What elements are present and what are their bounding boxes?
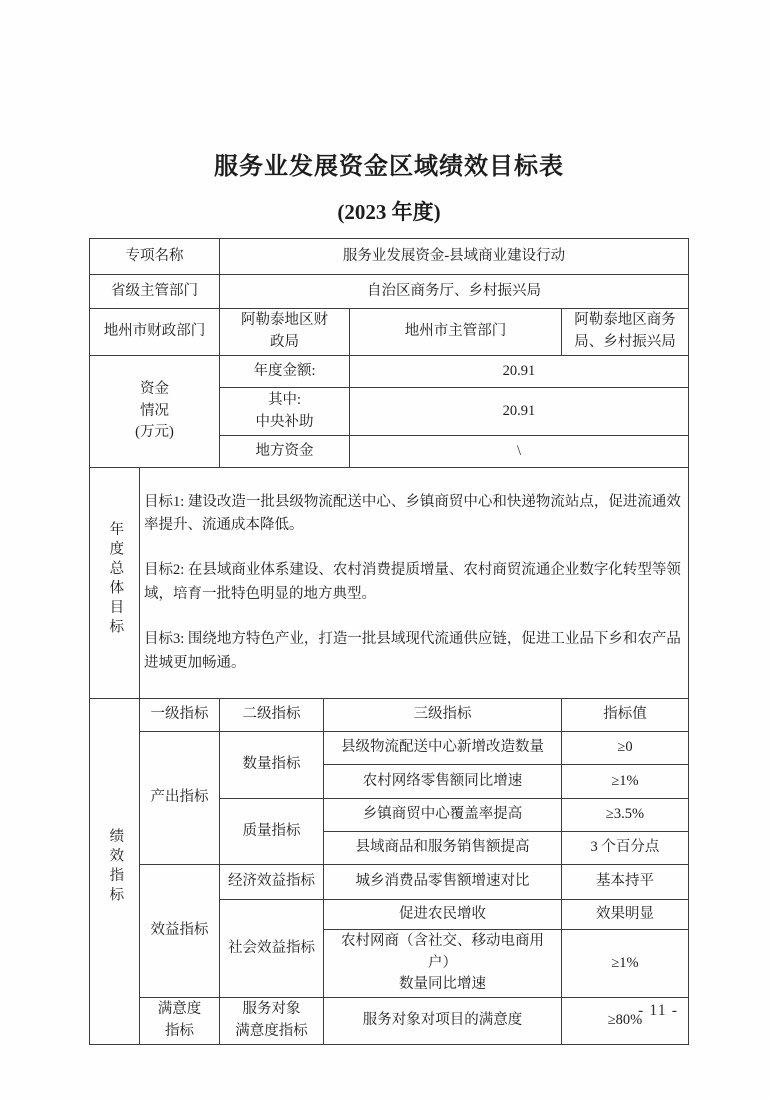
- document-page: 服务业发展资金区域绩效目标表 (2023 年度) 专项名称 服务业发展资金-县域…: [0, 0, 770, 1099]
- indicator-value: ≥1%: [561, 929, 688, 997]
- prefecture-admin-label: 地州市主管部门: [349, 309, 561, 356]
- indicator-value: ≥0: [561, 731, 688, 764]
- level2-quality: 质量指标: [219, 798, 323, 864]
- prefecture-admin-value: 阿勒泰地区商务 局、乡村振兴局: [561, 309, 688, 356]
- funding-central-label: 其中: 中央补助: [219, 388, 349, 436]
- table-row: 年度总体目标 目标1: 建设改造一批县级物流配送中心、乡镇商贸中心和快递物流站点…: [89, 468, 688, 699]
- indicator-name: 县级物流配送中心新增改造数量: [323, 731, 561, 764]
- header-level1: 一级指标: [139, 698, 219, 731]
- project-name-label: 专项名称: [89, 239, 219, 275]
- level2-service: 服务对象 满意度指标: [219, 998, 323, 1045]
- table-row: 产出指标 数量指标 县级物流配送中心新增改造数量 ≥0: [89, 731, 688, 764]
- document-content: 服务业发展资金区域绩效目标表 (2023 年度) 专项名称 服务业发展资金-县域…: [8, 0, 770, 1045]
- table-row: 省级主管部门 自治区商务厅、乡村振兴局: [89, 275, 688, 309]
- indicator-name: 农村网络零售额同比增速: [323, 764, 561, 798]
- funding-section-label: 资金 情况 (万元): [89, 356, 219, 468]
- header-value: 指标值: [561, 698, 688, 731]
- indicator-name: 促进农民增收: [323, 899, 561, 929]
- performance-target-table: 专项名称 服务业发展资金-县域商业建设行动 省级主管部门 自治区商务厅、乡村振兴…: [89, 238, 689, 1045]
- indicators-section-label: 绩效指标: [89, 698, 139, 1044]
- indicator-value: ≥3.5%: [561, 798, 688, 831]
- indicator-name: 服务对象对项目的满意度: [323, 998, 561, 1045]
- level1-output: 产出指标: [139, 731, 219, 864]
- indicator-name: 乡镇商贸中心覆盖率提高: [323, 798, 561, 831]
- level1-benefit: 效益指标: [139, 864, 219, 997]
- header-level3: 三级指标: [323, 698, 561, 731]
- goal-item-3: 目标3: 围绕地方特色产业，打造一批县域现代流通供应链，促进工业品下乡和农产品进…: [144, 628, 684, 675]
- indicator-value: 效果明显: [561, 899, 688, 929]
- goal-item-2: 目标2: 在县域商业体系建设、农村消费提质增量、农村商贸流通企业数字化转型等领域…: [144, 559, 684, 606]
- level2-social: 社会效益指标: [219, 899, 323, 997]
- project-name-value: 服务业发展资金-县域商业建设行动: [219, 239, 688, 275]
- indicator-name: 农村网商（含社交、移动电商用户） 数量同比增速: [323, 929, 561, 997]
- indicator-value: ≥1%: [561, 764, 688, 798]
- prefecture-finance-value: 阿勒泰地区财 政局: [219, 309, 349, 356]
- table-row: 资金 情况 (万元) 年度金额: 20.91: [89, 356, 688, 388]
- funding-annual-value: 20.91: [349, 356, 688, 388]
- annual-goals-content: 目标1: 建设改造一批县级物流配送中心、乡镇商贸中心和快递物流站点，促进流通效率…: [139, 468, 688, 699]
- level2-economic: 经济效益指标: [219, 864, 323, 899]
- table-row: 满意度 指标 服务对象 满意度指标 服务对象对项目的满意度 ≥80%: [89, 998, 688, 1045]
- annual-goals-label: 年度总体目标: [89, 468, 139, 699]
- goal-item-1: 目标1: 建设改造一批县级物流配送中心、乡镇商贸中心和快递物流站点，促进流通效率…: [144, 491, 684, 538]
- funding-central-value: 20.91: [349, 388, 688, 436]
- level2-quantity: 数量指标: [219, 731, 323, 798]
- table-row: 效益指标 经济效益指标 城乡消费品零售额增速对比 基本持平: [89, 864, 688, 899]
- indicator-value: 基本持平: [561, 864, 688, 899]
- document-title: 服务业发展资金区域绩效目标表: [8, 0, 770, 181]
- indicator-name: 县域商品和服务销售额提高: [323, 831, 561, 864]
- annual-goals-vertical-text: 年度总体目标: [104, 521, 126, 638]
- table-row: 绩效指标 一级指标 二级指标 三级指标 指标值: [89, 698, 688, 731]
- funding-local-label: 地方资金: [219, 436, 349, 468]
- header-level2: 二级指标: [219, 698, 323, 731]
- indicator-name: 城乡消费品零售额增速对比: [323, 864, 561, 899]
- indicator-value: 3 个百分点: [561, 831, 688, 864]
- indicators-vertical-text: 绩效指标: [104, 828, 126, 906]
- funding-local-value: \: [349, 436, 688, 468]
- provincial-dept-label: 省级主管部门: [89, 275, 219, 309]
- prefecture-finance-label: 地州市财政部门: [89, 309, 219, 356]
- level1-satisfaction: 满意度 指标: [139, 998, 219, 1045]
- document-subtitle: (2023 年度): [8, 181, 770, 226]
- funding-annual-label: 年度金额:: [219, 356, 349, 388]
- page-number: - 11 -: [600, 1002, 716, 1020]
- table-row: 专项名称 服务业发展资金-县域商业建设行动: [89, 239, 688, 275]
- provincial-dept-value: 自治区商务厅、乡村振兴局: [219, 275, 688, 309]
- table-row: 地州市财政部门 阿勒泰地区财 政局 地州市主管部门 阿勒泰地区商务 局、乡村振兴…: [89, 309, 688, 356]
